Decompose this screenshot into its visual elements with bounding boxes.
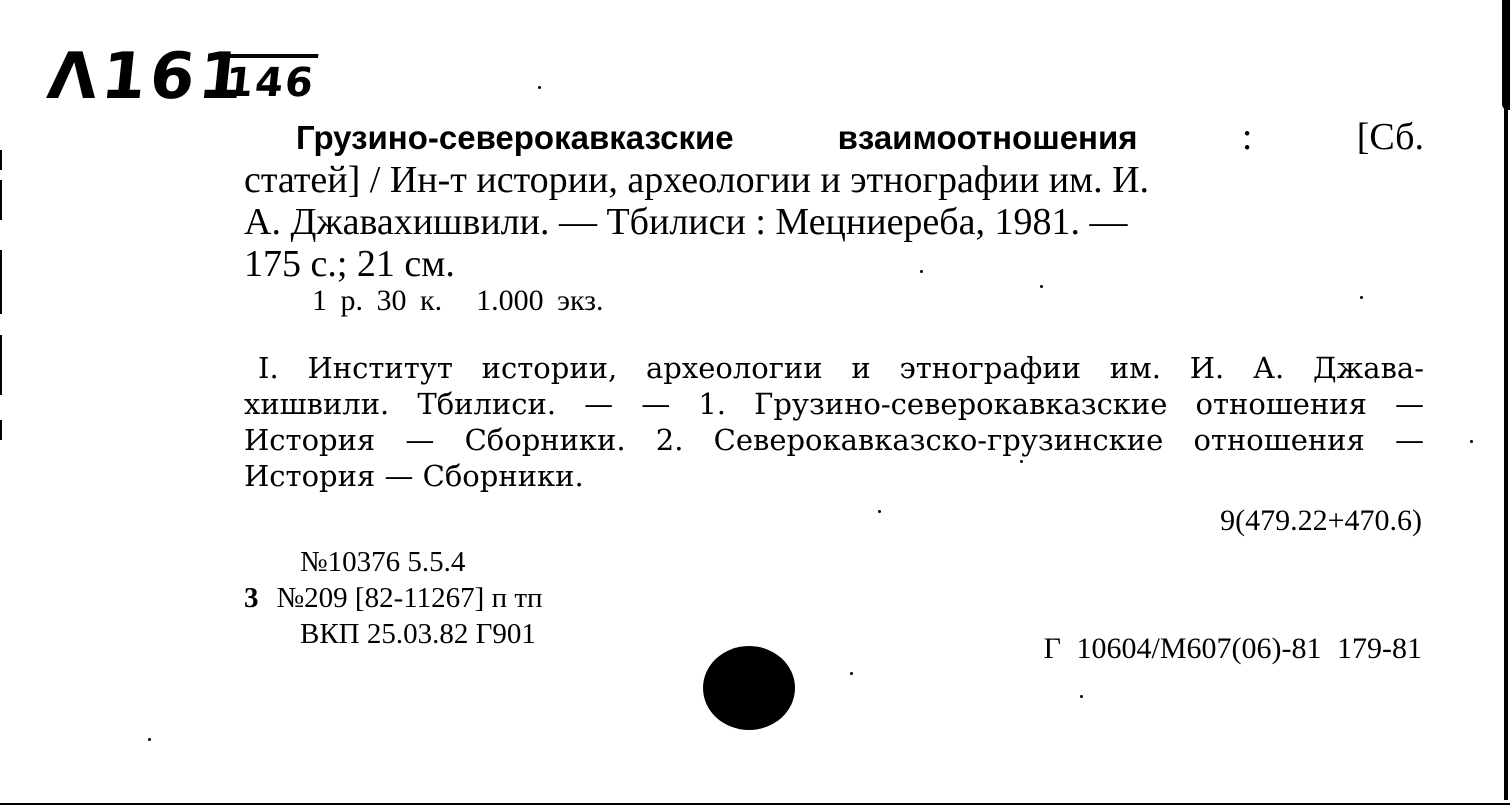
- scan-speck: [148, 738, 151, 741]
- service-line-1: №10376 5.5.4: [244, 544, 543, 580]
- handwritten-shelf-mark: Λ161 146: [44, 40, 251, 114]
- tracings: I. Институт истории, археологии и этногр…: [244, 350, 1424, 494]
- card-edge-left: [0, 180, 2, 220]
- shelf-mark: Λ161: [44, 40, 251, 114]
- card-edge-bottom: [0, 803, 1510, 805]
- title-remainder: : [Сб.: [1242, 116, 1424, 158]
- service-notes: №10376 5.5.4 3№209 [82-11267] п тп ВКП 2…: [244, 544, 543, 652]
- card-edge-right: [1504, 0, 1508, 800]
- card-edge-left: [0, 150, 2, 170]
- tracing-line: История — Сборники.: [244, 458, 1424, 494]
- print-run: 1.000 экз.: [476, 284, 603, 317]
- bibliographic-description: Грузино-северокавказские взаимоотношения…: [244, 116, 1424, 285]
- price: 1 р. 30 к.: [312, 284, 442, 317]
- scan-speck: [850, 672, 853, 675]
- tracing-line: I. Институт истории, археологии и этногр…: [244, 350, 1424, 386]
- scan-speck: [538, 86, 541, 89]
- scan-speck: [1360, 296, 1363, 299]
- punch-hole: [703, 646, 795, 730]
- description-line-1: Грузино-северокавказские взаимоотношения…: [244, 116, 1424, 159]
- card-edge-left: [0, 420, 2, 440]
- card-edge-left: [0, 335, 2, 395]
- scan-speck: [878, 510, 881, 513]
- shelf-mark-sub: 146: [223, 54, 318, 106]
- scan-speck: [920, 270, 923, 273]
- service-line-2-text: №209 [82-11267] п тп: [277, 582, 543, 614]
- catalog-card: Λ161 146 Грузино-северокавказские взаимо…: [0, 0, 1510, 807]
- service-line-3: ВКП 25.03.82 Г901: [244, 616, 543, 652]
- classification-index: 9(479.22+470.6): [1220, 504, 1422, 538]
- service-prefix: 3: [244, 582, 259, 614]
- scan-speck: [1470, 440, 1473, 443]
- publisher-code: Г 10604/М607(06)-81 179-81: [1044, 632, 1422, 666]
- price-line: 1 р. 30 к.1.000 экз.: [312, 284, 637, 318]
- book-title: Грузино-северокавказские взаимоотношения: [296, 119, 1138, 156]
- card-edge-left: [0, 250, 2, 314]
- description-line-4: 175 с.; 21 см.: [244, 243, 1424, 285]
- description-line-3: А. Джавахишвили. — Тбилиси : Мецниереба,…: [244, 201, 1424, 243]
- service-line-2: 3№209 [82-11267] п тп: [244, 580, 543, 616]
- tracing-line: История — Сборники. 2. Северокавказско-г…: [244, 422, 1424, 458]
- scan-speck: [1020, 460, 1023, 463]
- scan-speck: [1080, 695, 1083, 698]
- tracing-line: хишвили. Тбилиси. — — 1. Грузино-северок…: [244, 386, 1424, 422]
- scan-speck: [1040, 285, 1043, 288]
- description-line-2: статей] / Ин-т истории, археологии и этн…: [244, 159, 1424, 201]
